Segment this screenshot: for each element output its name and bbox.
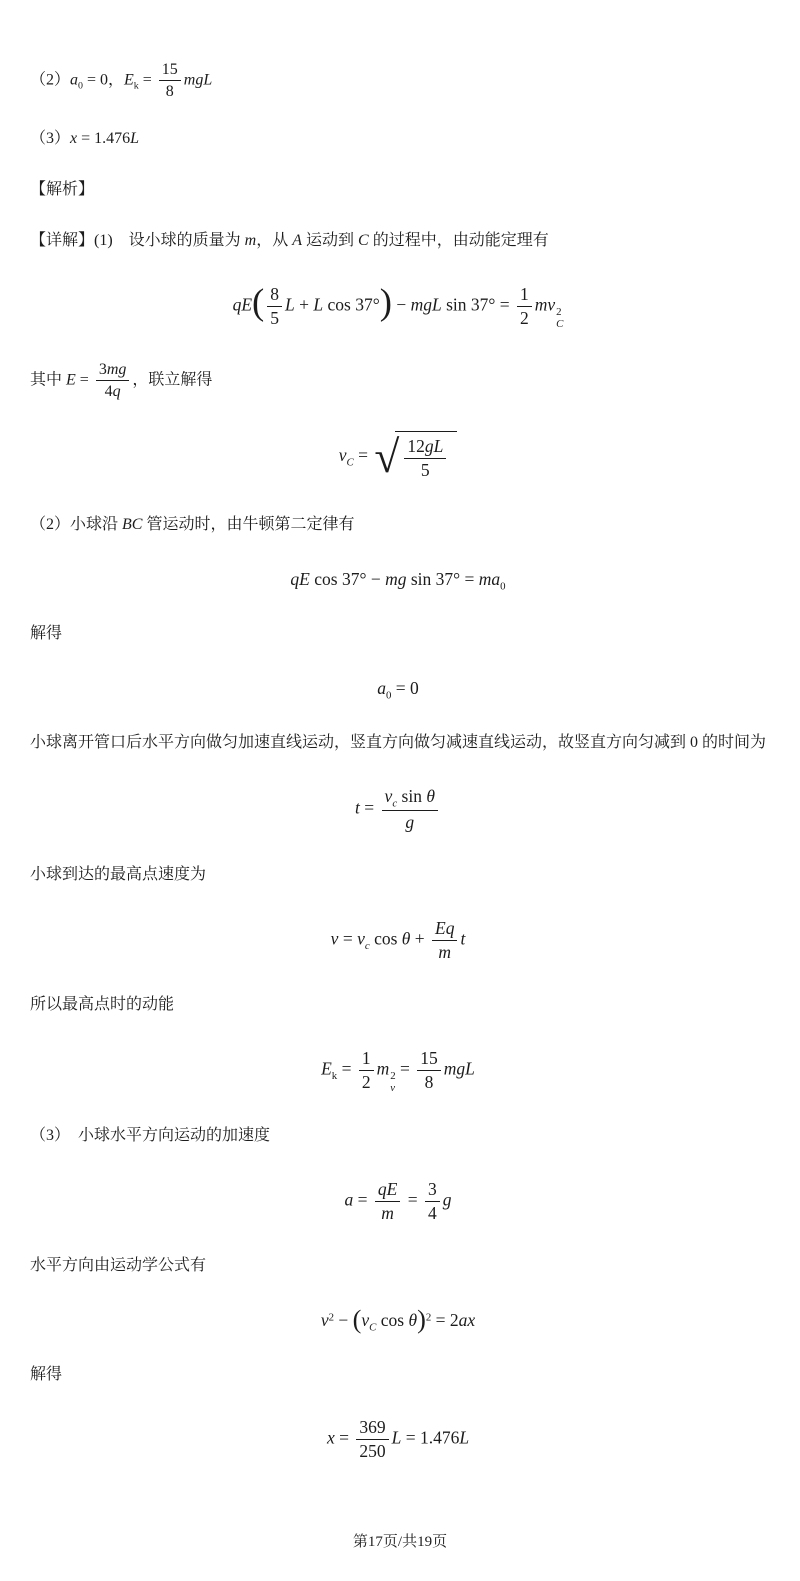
math-text: L <box>459 1428 469 1448</box>
math-text: 5 <box>270 308 279 328</box>
math-text: 15 <box>420 1048 438 1068</box>
formula-line-15: v = vc cos θ + Eqmt <box>30 918 766 963</box>
math-fraction: Eqm <box>432 918 457 963</box>
math-fraction: 158 <box>159 60 181 101</box>
math-text: C <box>346 457 353 469</box>
math-subsup: 2C <box>556 307 563 330</box>
paragraph-6: 其中 E = 3mg4q，联立解得 <box>30 360 766 401</box>
math-text: sin 37° = <box>406 569 478 589</box>
fraction-numerator: 8 <box>267 284 282 307</box>
math-text: BC <box>122 516 142 533</box>
math-text: qE <box>378 1179 397 1199</box>
math-text: m <box>245 232 257 249</box>
math-text: 2 <box>520 308 529 328</box>
math-text: 0 <box>500 580 505 592</box>
math-text: = <box>353 1189 372 1209</box>
formula-line-21: v2 − (vC cos θ)2 = 2ax <box>30 1309 766 1333</box>
paragraph-10: 解得 <box>30 622 766 647</box>
math-text: θ <box>426 786 435 806</box>
math-text: 2 <box>556 306 561 318</box>
math-text: 【解析】 <box>30 181 94 198</box>
math-text: = 0 <box>83 71 108 88</box>
formula-line-9: qE cos 37° − mg sin 37° = ma0 <box>30 568 766 592</box>
math-text: L <box>285 294 295 314</box>
math-text: 运动到 <box>302 232 358 249</box>
math-text: = <box>354 445 373 465</box>
paragraph-2: （3）x = 1.476L <box>30 127 766 152</box>
math-text: m <box>438 942 451 962</box>
math-text: = 1.476 <box>401 1428 459 1448</box>
fraction-denominator: 250 <box>356 1440 388 1462</box>
fraction-denominator: 5 <box>404 459 446 481</box>
math-text: 8 <box>166 83 174 100</box>
math-text: mg <box>385 569 406 589</box>
math-text: = <box>403 1189 422 1209</box>
math-text: E <box>321 1058 332 1078</box>
math-text: 解得 <box>30 625 62 642</box>
math-text: a <box>377 678 386 698</box>
math-text: ，联立解得 <box>132 371 212 388</box>
math-text: = 0 <box>391 678 418 698</box>
math-text: 5 <box>421 460 430 480</box>
fraction-denominator: 8 <box>159 81 181 101</box>
math-text: v <box>357 929 365 949</box>
math-text: 水平方向由运动学公式有 <box>30 1257 206 1274</box>
math-text: 12 <box>407 436 425 456</box>
math-text: ax <box>459 1310 476 1330</box>
math-text: A <box>292 232 302 249</box>
math-text: = <box>337 1058 356 1078</box>
math-text: 【详解】(1) 设小球的质量为 <box>30 232 245 249</box>
formula-line-11: a0 = 0 <box>30 677 766 701</box>
math-text: Eq <box>435 918 454 938</box>
fraction-denominator: g <box>382 811 438 833</box>
math-text: ，从 <box>256 232 292 249</box>
math-text: 250 <box>359 1441 385 1461</box>
math-text: mgL <box>184 71 212 88</box>
paragraph-12: 小球离开管口后水平方向做匀加速直线运动，竖直方向做匀减速直线运动，故竖直方向匀减… <box>30 731 766 756</box>
math-text: cos 37° <box>323 294 380 314</box>
paragraph-16: 所以最高点时的动能 <box>30 993 766 1018</box>
page-footer: 第17页/共19页 <box>0 1530 800 1581</box>
formula-line-7: vC = √12gL5 <box>30 431 766 483</box>
math-fraction: 12 <box>517 284 532 329</box>
math-text: = <box>76 371 93 388</box>
paragraph-14: 小球到达的最高点速度为 <box>30 863 766 888</box>
math-text: v <box>390 1082 395 1094</box>
math-text: θ <box>408 1310 417 1330</box>
math-text: ， <box>108 71 124 88</box>
math-text: − <box>392 294 411 314</box>
math-text: 的过程中，由动能定理有 <box>369 232 549 249</box>
paragraph-1: （2）a0 = 0，Ek = 158mgL <box>30 60 766 101</box>
math-text: 8 <box>270 284 279 304</box>
formula-line-23: x = 369250L = 1.476L <box>30 1417 766 1462</box>
fraction-denominator: 8 <box>417 1071 441 1093</box>
math-text: = <box>360 798 379 818</box>
paragraph-3: 【解析】 <box>30 178 766 203</box>
math-radical: √12gL5 <box>374 431 457 483</box>
math-text: mg <box>107 361 127 378</box>
math-text: mgL <box>411 294 442 314</box>
fraction-numerator: 1 <box>359 1048 374 1071</box>
fraction-denominator: 5 <box>267 307 282 329</box>
math-fraction: 3mg4q <box>96 360 130 401</box>
fraction-numerator: vc sin θ <box>382 786 438 811</box>
math-text: 其中 <box>30 371 66 388</box>
fraction-numerator: 15 <box>417 1048 441 1071</box>
math-text: 管运动时，由牛顿第二定律有 <box>142 516 354 533</box>
math-text: qE <box>290 569 309 589</box>
math-text: L <box>130 130 139 147</box>
math-text: 小球到达的最高点速度为 <box>30 866 206 883</box>
math-text: sin <box>397 786 426 806</box>
math-text: （3） 小球水平方向运动的加速度 <box>30 1127 270 1144</box>
fraction-denominator: m <box>375 1202 400 1224</box>
paragraph-22: 解得 <box>30 1363 766 1388</box>
radicand: 12gL5 <box>395 431 457 483</box>
math-text: 1 <box>362 1048 371 1068</box>
math-text: t <box>460 929 465 949</box>
math-fraction: vc sin θg <box>382 786 438 833</box>
math-text: 所以最高点时的动能 <box>30 996 174 1013</box>
fraction-numerator: 1 <box>517 284 532 307</box>
math-text: 2 <box>362 1072 371 1092</box>
formula-line-5: qE(85L + L cos 37°) − mgL sin 37° = 12mv… <box>30 284 766 330</box>
math-text: v <box>321 1310 329 1330</box>
math-fraction: 158 <box>417 1048 441 1093</box>
math-text: 小球离开管口后水平方向做匀加速直线运动，竖直方向做匀减速直线运动，故竖直方向匀减… <box>30 734 766 751</box>
math-subscript: C <box>556 319 563 330</box>
math-text: cos <box>376 1310 408 1330</box>
fraction-denominator: 4q <box>96 381 130 401</box>
fraction-numerator: 15 <box>159 60 181 81</box>
fraction-denominator: m <box>432 941 457 963</box>
math-text: （2）小球沿 <box>30 516 122 533</box>
math-text: 4 <box>105 383 113 400</box>
math-text: − <box>334 1310 353 1330</box>
math-text: = 1.476 <box>77 130 130 147</box>
fraction-numerator: Eq <box>432 918 457 941</box>
math-fraction: 34 <box>425 1179 440 1224</box>
math-text: mv <box>535 294 555 314</box>
math-text: x <box>327 1428 335 1448</box>
math-text: （3） <box>30 130 70 147</box>
math-text: cos <box>370 929 402 949</box>
math-text: = 2 <box>431 1310 458 1330</box>
paragraph-8: （2）小球沿 BC 管运动时，由牛顿第二定律有 <box>30 513 766 538</box>
paragraph-4: 【详解】(1) 设小球的质量为 m，从 A 运动到 C 的过程中，由动能定理有 <box>30 229 766 254</box>
document-content: （2）a0 = 0，Ek = 158mgL（3）x = 1.476L【解析】【详… <box>0 0 800 1492</box>
fraction-numerator: 3 <box>425 1179 440 1202</box>
math-text: C <box>358 232 369 249</box>
math-text: = <box>396 1058 415 1078</box>
math-text: L <box>313 294 323 314</box>
math-text: = <box>139 71 156 88</box>
math-subscript: 0 <box>500 580 505 592</box>
math-subscript: v <box>390 1083 395 1094</box>
fraction-denominator: 2 <box>517 307 532 329</box>
math-text: + <box>295 294 314 314</box>
fraction-denominator: 4 <box>425 1202 440 1224</box>
math-text: 3 <box>428 1179 437 1199</box>
math-text: qE <box>233 294 252 314</box>
math-text: a <box>70 71 78 88</box>
math-text: cos 37° − <box>310 569 385 589</box>
math-text: （2） <box>30 71 70 88</box>
math-subscript: C <box>346 457 353 469</box>
math-text: E <box>124 71 134 88</box>
math-text: m <box>377 1058 390 1078</box>
math-text: E <box>66 371 76 388</box>
math-fraction: 12 <box>359 1048 374 1093</box>
math-fraction: 12gL5 <box>404 436 446 481</box>
formula-line-13: t = vc sin θg <box>30 786 766 833</box>
math-fraction: 85 <box>267 284 282 329</box>
math-text: 1 <box>520 284 529 304</box>
document-page: （2）a0 = 0，Ek = 158mgL（3）x = 1.476L【解析】【详… <box>0 0 800 1581</box>
fraction-denominator: 2 <box>359 1071 374 1093</box>
math-fraction: qEm <box>375 1179 400 1224</box>
math-text: 15 <box>162 61 178 78</box>
math-text: 3 <box>99 361 107 378</box>
fraction-numerator: 369 <box>356 1417 388 1440</box>
math-text: 369 <box>359 1417 385 1437</box>
math-fraction: 369250 <box>356 1417 388 1462</box>
math-text: g <box>443 1189 452 1209</box>
math-text: 8 <box>425 1072 434 1092</box>
math-text: v <box>361 1310 369 1330</box>
paragraph-20: 水平方向由运动学公式有 <box>30 1254 766 1279</box>
formula-line-17: Ek = 12m2v = 158mgL <box>30 1048 766 1094</box>
math-text: C <box>556 318 563 330</box>
fraction-numerator: 12gL <box>404 436 446 459</box>
math-text: + <box>410 929 429 949</box>
math-text: q <box>113 383 121 400</box>
fraction-numerator: qE <box>375 1179 400 1202</box>
math-text: sin 37° = <box>442 294 514 314</box>
math-text: a <box>345 1189 354 1209</box>
math-text: 4 <box>428 1203 437 1223</box>
math-text: = <box>335 1428 354 1448</box>
math-text: 解得 <box>30 1366 62 1383</box>
math-text: mgL <box>444 1058 475 1078</box>
formula-line-19: a = qEm = 34g <box>30 1179 766 1224</box>
math-text: m <box>381 1203 394 1223</box>
fraction-numerator: 3mg <box>96 360 130 381</box>
math-text: ma <box>479 569 500 589</box>
math-text: gL <box>425 436 443 456</box>
math-text: = <box>338 929 357 949</box>
math-text: g <box>405 812 414 832</box>
math-text: L <box>392 1428 402 1448</box>
paragraph-18: （3） 小球水平方向运动的加速度 <box>30 1124 766 1149</box>
